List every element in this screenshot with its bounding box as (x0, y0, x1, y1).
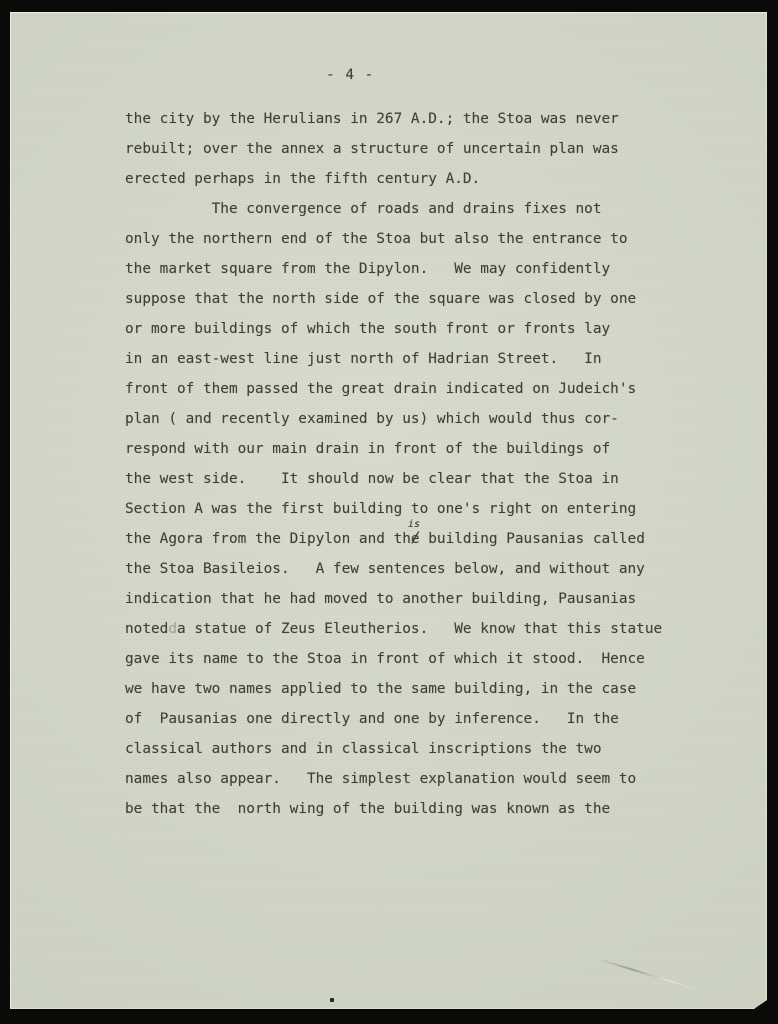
text-line: gave its name to the Stoa in front of wh… (125, 644, 705, 674)
text-line: rebuilt; over the annex a structure of u… (125, 134, 705, 164)
text-line: only the northern end of the Stoa but al… (125, 224, 705, 254)
text-line: we have two names applied to the same bu… (125, 674, 705, 704)
text-line: indication that he had moved to another … (125, 584, 705, 614)
paper-sheet: - 4 - the city by the Herulians in 267 A… (10, 12, 767, 1009)
text-line: the west side. It should now be clear th… (125, 464, 705, 494)
text-line: in an east-west line just north of Hadri… (125, 344, 705, 374)
typewritten-text-block: the city by the Herulians in 267 A.D.; t… (125, 104, 705, 824)
text-line: the market square from the Dipylon. We m… (125, 254, 705, 284)
text-line: The convergence of roads and drains fixe… (125, 194, 705, 224)
text-line: the city by the Herulians in 267 A.D.; t… (125, 104, 705, 134)
text-line: front of them passed the great drain ind… (125, 374, 705, 404)
text-line: respond with our main drain in front of … (125, 434, 705, 464)
struck-character: eis (411, 524, 420, 554)
text-line: erected perhaps in the fifth century A.D… (125, 164, 705, 194)
scanned-page: - 4 - the city by the Herulians in 267 A… (0, 0, 778, 1024)
text-line: or more buildings of which the south fro… (125, 314, 705, 344)
text-line: the Agora from the Dipylon and theis bui… (125, 524, 705, 554)
text-line: notedda statue of Zeus Eleutherios. We k… (125, 614, 705, 644)
text-line: classical authors and in classical inscr… (125, 734, 705, 764)
page-number: - 4 - (326, 67, 374, 83)
text-line: be that the north wing of the building w… (125, 794, 705, 824)
paper-crease (597, 958, 703, 992)
handwritten-correction: is (408, 510, 420, 540)
ghost-overtype: d (168, 621, 177, 637)
text-line: of Pausanias one directly and one by inf… (125, 704, 705, 734)
text-line: names also appear. The simplest explanat… (125, 764, 705, 794)
text-line: the Stoa Basileios. A few sentences belo… (125, 554, 705, 584)
paper-speck (330, 998, 334, 1002)
text-line: suppose that the north side of the squar… (125, 284, 705, 314)
text-line: plan ( and recently examined by us) whic… (125, 404, 705, 434)
